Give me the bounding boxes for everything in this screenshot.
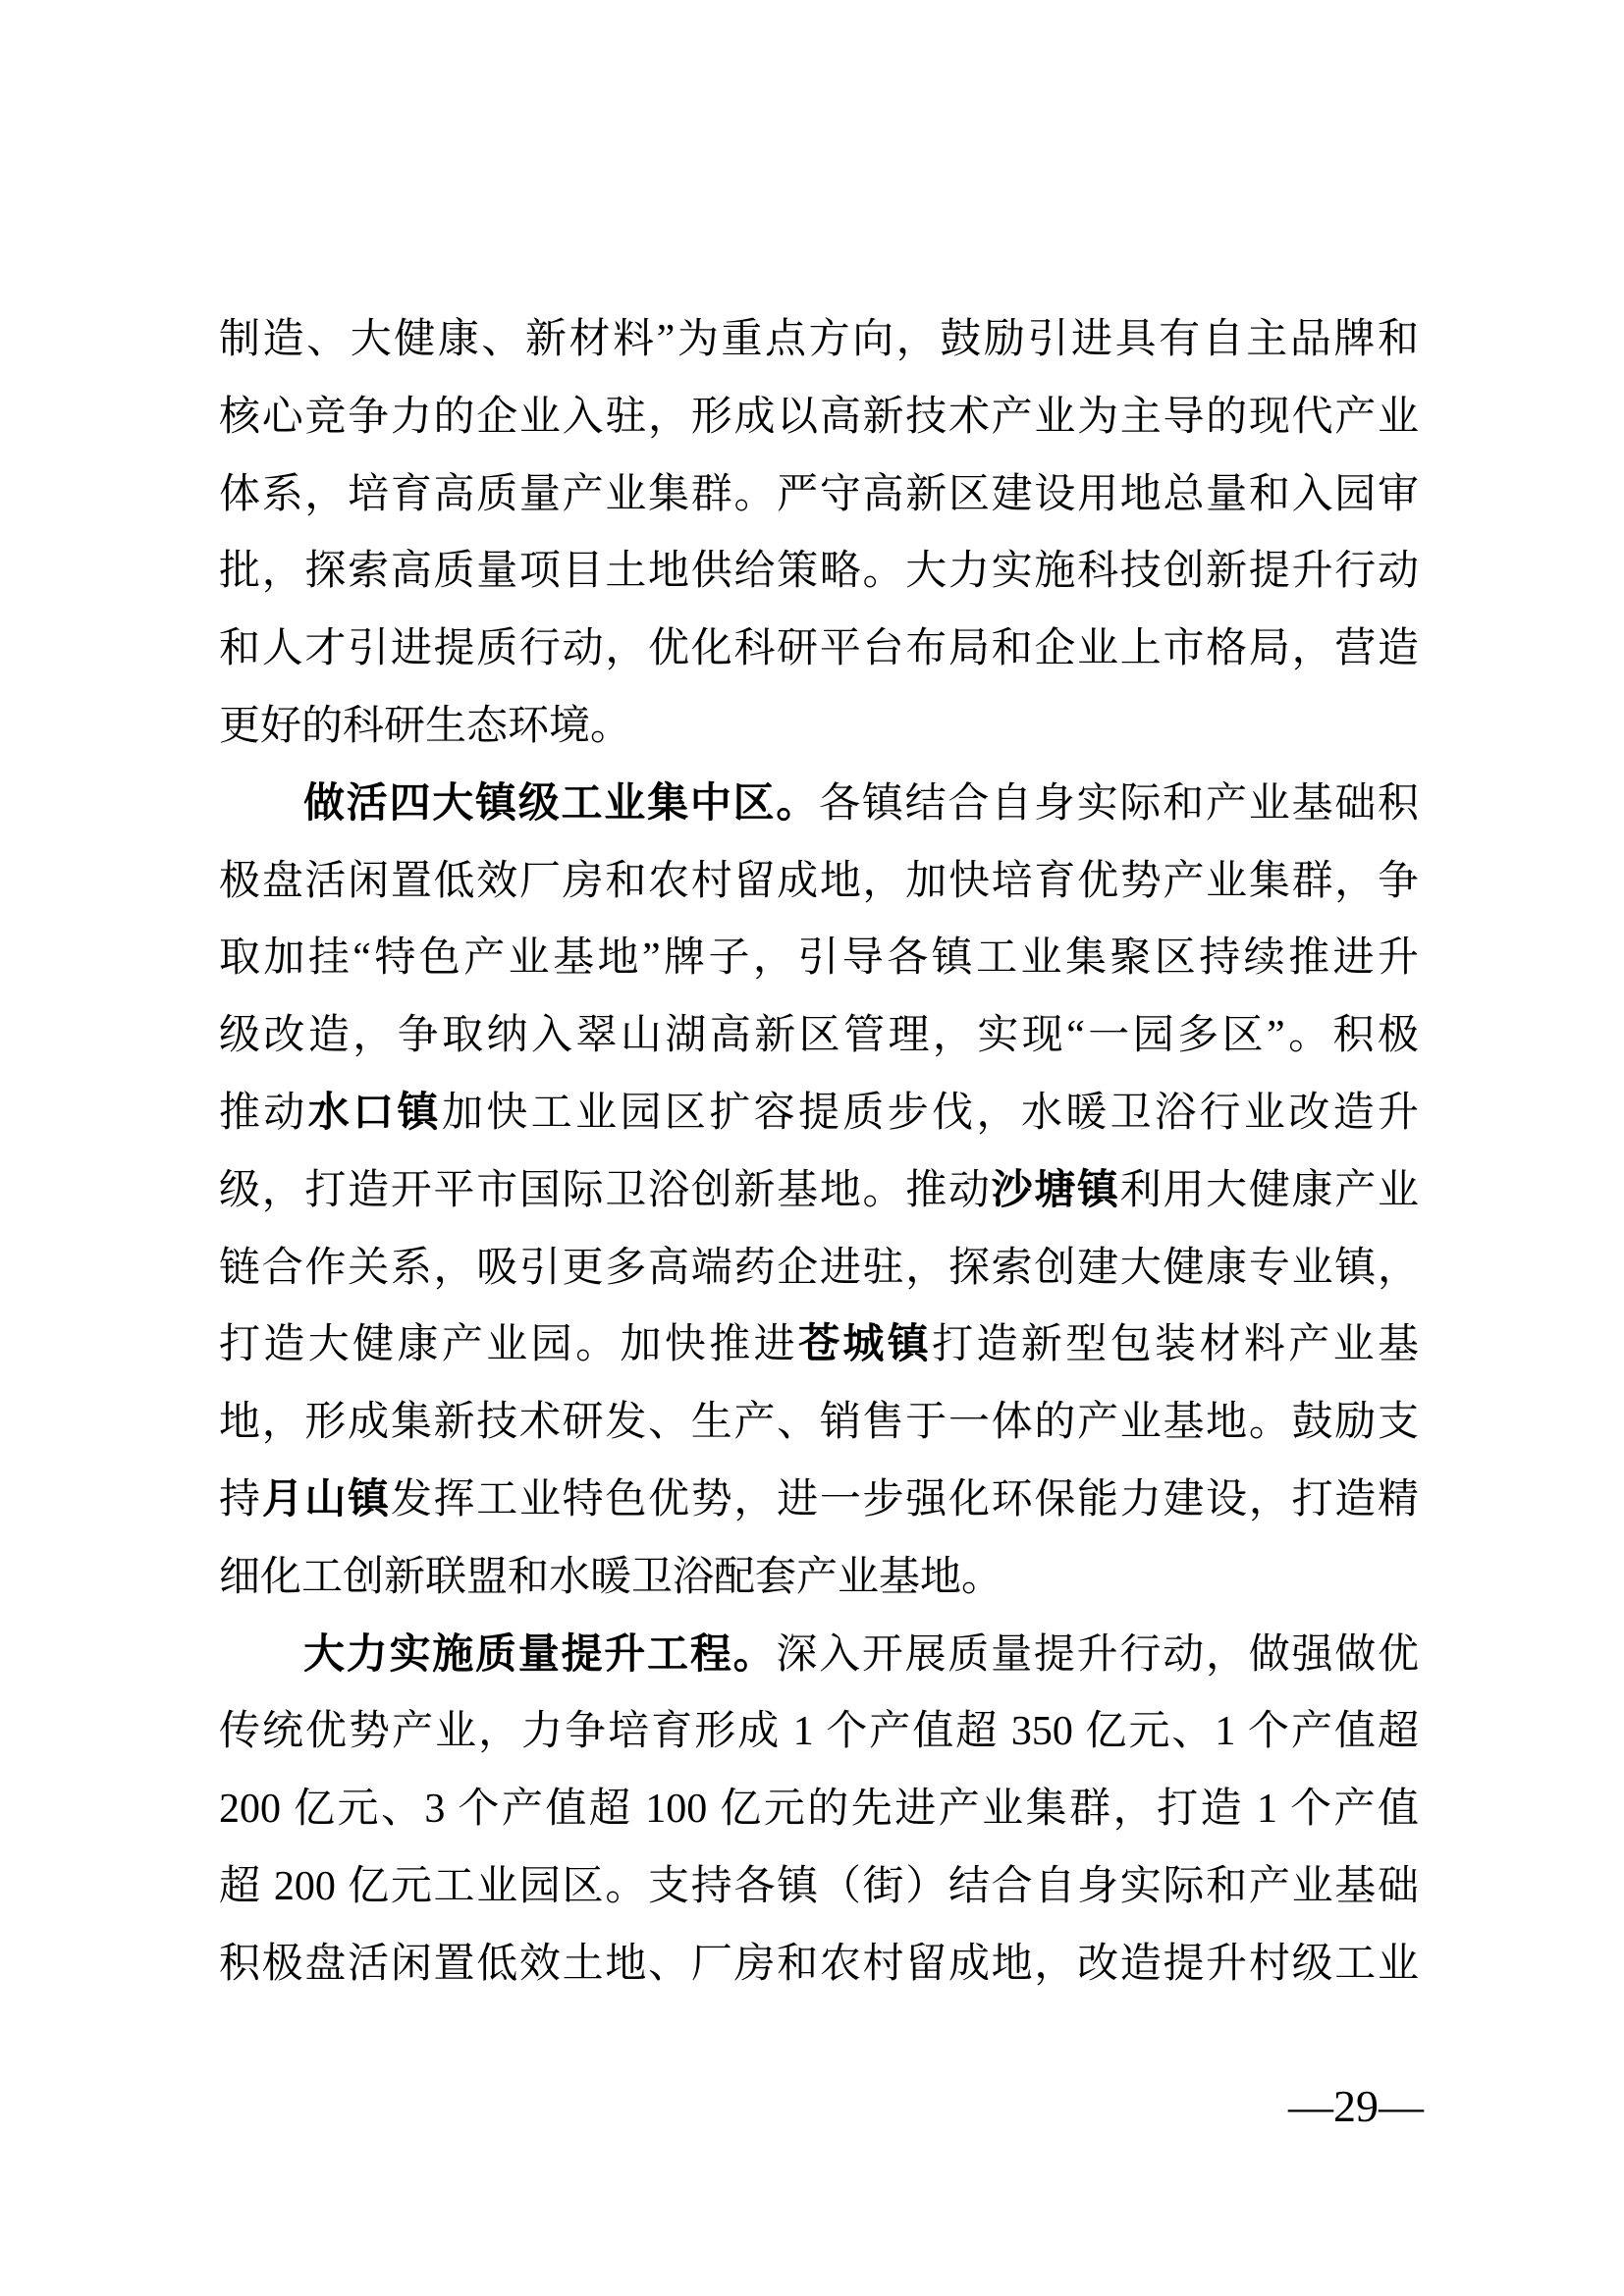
text-line: 取加挂“特色产业基地”牌子，引导各镇工业集聚区持续推进升 bbox=[219, 920, 1419, 997]
text-line: 核心竞争力的企业入驻，形成以高新技术产业为主导的现代产业 bbox=[219, 379, 1419, 456]
text-segment: 200 亿元、3 个产值超 100 亿元的先进产业集群，打造 1 个产值 bbox=[219, 1787, 1419, 1832]
text-line: 批，探索高质量项目土地供给策略。大力实施科技创新提升行动 bbox=[219, 533, 1419, 611]
text-segment: 核心竞争力的企业入驻，形成以高新技术产业为主导的现代产业 bbox=[219, 395, 1419, 440]
text-line: 级改造，争取纳入翠山湖高新区管理，实现“一园多区”。积极 bbox=[219, 997, 1419, 1075]
text-segment: 制造、大健康、新材料”为重点方向，鼓励引进具有自主品牌和 bbox=[219, 317, 1419, 362]
text-segment: 超 200 亿元工业园区。支持各镇（街）结合自身实际和产业基础 bbox=[219, 1864, 1419, 1909]
text-line: 打造大健康产业园。加快推进苍城镇打造新型包装材料产业基 bbox=[219, 1307, 1419, 1384]
bold-text-segment: 做活四大镇级工业集中区。 bbox=[303, 781, 819, 827]
text-segment: 传统优势产业，力争培育形成 1 个产值超 350 亿元、1 个产值超 bbox=[219, 1709, 1419, 1754]
bold-text-segment: 大力实施质量提升工程。 bbox=[303, 1632, 776, 1678]
text-segment: 深入开展质量提升行动，做强做优 bbox=[776, 1632, 1419, 1678]
text-segment: 打造新型包装材料产业基 bbox=[932, 1322, 1419, 1367]
text-line: 链合作关系，吸引更多高端药企进驻，探索创建大健康专业镇， bbox=[219, 1230, 1419, 1308]
text-segment: 批，探索高质量项目土地供给策略。大力实施科技创新提升行动 bbox=[219, 549, 1419, 594]
document-body: 制造、大健康、新材料”为重点方向，鼓励引进具有自主品牌和核心竞争力的企业入驻，形… bbox=[219, 301, 1419, 2003]
page-number: —29— bbox=[1222, 2083, 1489, 2130]
text-line: 传统优势产业，力争培育形成 1 个产值超 350 亿元、1 个产值超 bbox=[219, 1693, 1419, 1771]
text-segment: 更好的科研生态环境。 bbox=[219, 704, 631, 749]
text-line: 推动水口镇加快工业园区扩容提质步伐，水暖卫浴行业改造升 bbox=[219, 1075, 1419, 1152]
text-segment: 极盘活闲置低效厂房和农村留成地，加快培育优势产业集群，争 bbox=[219, 859, 1419, 904]
text-line: 积极盘活闲置低效土地、厂房和农村留成地，改造提升村级工业 bbox=[219, 1926, 1419, 2003]
document-page: 制造、大健康、新材料”为重点方向，鼓励引进具有自主品牌和核心竞争力的企业入驻，形… bbox=[0, 0, 1624, 2296]
text-segment: 发挥工业特色优势，进一步强化环保能力建设，打造精 bbox=[391, 1477, 1419, 1522]
text-segment: 积极盘活闲置低效土地、厂房和农村留成地，改造提升村级工业 bbox=[219, 1942, 1419, 1987]
text-segment: 和人才引进提质行动，优化科研平台布局和企业上市格局，营造 bbox=[219, 626, 1419, 671]
text-segment: 取加挂“特色产业基地”牌子，引导各镇工业集聚区持续推进升 bbox=[219, 935, 1419, 981]
text-line: 级，打造开平市国际卫浴创新基地。推动沙塘镇利用大健康产业 bbox=[219, 1152, 1419, 1230]
text-segment: 推动 bbox=[219, 1091, 308, 1136]
text-line: 地，形成集新技术研发、生产、销售于一体的产业基地。鼓励支 bbox=[219, 1384, 1419, 1462]
text-line: 超 200 亿元工业园区。支持各镇（街）结合自身实际和产业基础 bbox=[219, 1848, 1419, 1926]
text-segment: 各镇结合自身实际和产业基础积 bbox=[819, 781, 1419, 827]
text-line: 200 亿元、3 个产值超 100 亿元的先进产业集群，打造 1 个产值 bbox=[219, 1771, 1419, 1848]
text-segment: 细化工创新联盟和水暖卫浴配套产业基地。 bbox=[219, 1555, 1002, 1600]
text-segment: 持 bbox=[219, 1477, 262, 1522]
text-segment: 利用大健康产业 bbox=[1120, 1168, 1419, 1213]
text-segment: 级，打造开平市国际卫浴创新基地。推动 bbox=[219, 1168, 992, 1213]
text-line: 更好的科研生态环境。 bbox=[219, 688, 1419, 766]
text-line: 和人才引进提质行动，优化科研平台布局和企业上市格局，营造 bbox=[219, 611, 1419, 688]
text-line: 制造、大健康、新材料”为重点方向，鼓励引进具有自主品牌和 bbox=[219, 301, 1419, 379]
bold-text-segment: 沙塘镇 bbox=[992, 1168, 1120, 1213]
text-segment: 加快工业园区扩容提质步伐，水暖卫浴行业改造升 bbox=[442, 1091, 1419, 1136]
text-segment: 体系，培育高质量产业集群。严守高新区建设用地总量和入园审 bbox=[219, 472, 1419, 517]
text-line: 细化工创新联盟和水暖卫浴配套产业基地。 bbox=[219, 1539, 1419, 1617]
text-segment: 链合作关系，吸引更多高端药企进驻，探索创建大健康专业镇， bbox=[219, 1246, 1419, 1291]
text-segment: 地，形成集新技术研发、生产、销售于一体的产业基地。鼓励支 bbox=[219, 1400, 1419, 1445]
text-line: 做活四大镇级工业集中区。各镇结合自身实际和产业基础积 bbox=[219, 766, 1419, 843]
bold-text-segment: 苍城镇 bbox=[798, 1322, 932, 1367]
text-segment: 级改造，争取纳入翠山湖高新区管理，实现“一园多区”。积极 bbox=[219, 1013, 1419, 1058]
text-line: 体系，培育高质量产业集群。严守高新区建设用地总量和入园审 bbox=[219, 456, 1419, 534]
text-line: 持月山镇发挥工业特色优势，进一步强化环保能力建设，打造精 bbox=[219, 1462, 1419, 1539]
text-segment: 打造大健康产业园。加快推进 bbox=[219, 1322, 798, 1367]
text-line: 极盘活闲置低效厂房和农村留成地，加快培育优势产业集群，争 bbox=[219, 843, 1419, 921]
bold-text-segment: 月山镇 bbox=[262, 1477, 391, 1522]
bold-text-segment: 水口镇 bbox=[308, 1091, 442, 1136]
text-line: 大力实施质量提升工程。深入开展质量提升行动，做强做优 bbox=[219, 1617, 1419, 1694]
